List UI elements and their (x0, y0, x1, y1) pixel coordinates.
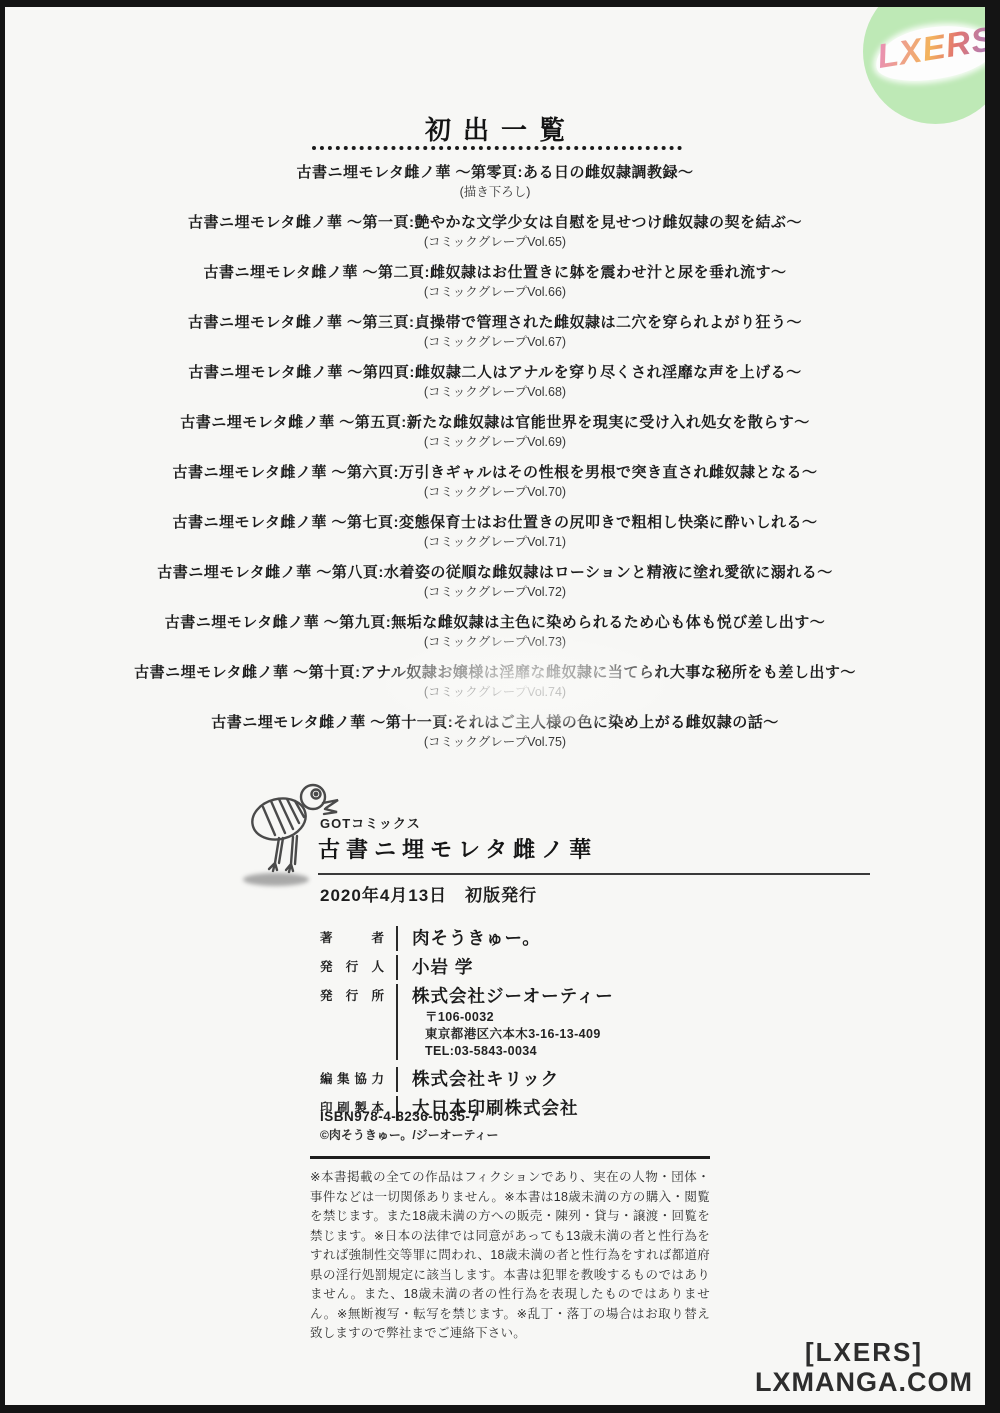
entry-source: (コミックグレープVol.69) (5, 434, 985, 451)
entry-title: 古書ニ埋モレタ雌ノ華 〜第十一頁:それはご主人様の色に染め上がる雌奴隷の話〜 (5, 713, 985, 732)
first-publication-list: 古書ニ埋モレタ雌ノ華 〜第零頁:ある日の雌奴隷調教録〜(描き下ろし)古書ニ埋モレ… (5, 163, 985, 763)
entry-source: (コミックグレープVol.70) (5, 484, 985, 501)
entry-source: (コミックグレープVol.68) (5, 384, 985, 401)
frame-bottom (0, 1405, 1000, 1413)
entry-source: (コミックグレープVol.75) (5, 734, 985, 751)
credit-label: 発行人 (320, 955, 384, 980)
credit-value: 株式会社ジーオーティー (412, 984, 614, 1009)
site-watermark-line2: LXMANGA.COM (755, 1367, 973, 1397)
lxers-logo: LXERS (863, 7, 985, 124)
credit-row: 発行人小岩 学 (320, 955, 880, 980)
site-watermark-line1: [LXERS] (755, 1337, 973, 1367)
credit-detail-line: TEL:03-5843-0034 (412, 1043, 614, 1060)
entry-source: (描き下ろし) (5, 184, 985, 201)
scanned-colophon-page: LXERS 初出一覧 古書ニ埋モレタ雌ノ華 〜第零頁:ある日の雌奴隷調教録〜(描… (5, 7, 985, 1405)
list-entry: 古書ニ埋モレタ雌ノ華 〜第十一頁:それはご主人様の色に染め上がる雌奴隷の話〜(コ… (5, 713, 985, 751)
disclaimer-box: ※本書掲載の全ての作品はフィクションであり、実在の人物・団体・事件などは一切関係… (310, 1156, 710, 1344)
entry-title: 古書ニ埋モレタ雌ノ華 〜第三頁:貞操帯で管理された雌奴隷は二穴を穿られよがり狂う… (5, 313, 985, 332)
entry-source: (コミックグレープVol.74) (5, 684, 985, 701)
frame-right (985, 0, 1000, 1413)
entry-title: 古書ニ埋モレタ雌ノ華 〜第十頁:アナル奴隷お嬢様は淫靡な雌奴隷に当てられ大事な秘… (5, 663, 985, 682)
entry-source: (コミックグレープVol.73) (5, 634, 985, 651)
copyright-line: ©肉そうきゅー。/ジーオーティー (320, 1126, 499, 1144)
credit-label: 発行所 (320, 984, 384, 1060)
credit-label: 著者 (320, 926, 384, 951)
entry-source: (コミックグレープVol.67) (5, 334, 985, 351)
credit-values: 株式会社キリック (396, 1067, 559, 1092)
credits-table: 著者肉そうきゅー。発行人小岩 学発行所株式会社ジーオーティー〒106-0032東… (320, 926, 880, 1125)
entry-title: 古書ニ埋モレタ雌ノ華 〜第五頁:新たな雌奴隷は官能世界を現実に受け入れ処女を散ら… (5, 413, 985, 432)
entry-source: (コミックグレープVol.71) (5, 534, 985, 551)
frame-left (0, 0, 5, 1413)
list-entry: 古書ニ埋モレタ雌ノ華 〜第一頁:艶やかな文学少女は自慰を見せつけ雌奴隷の契を結ぶ… (5, 213, 985, 251)
entry-title: 古書ニ埋モレタ雌ノ華 〜第九頁:無垢な雌奴隷は主色に染められるため心も体も悦び差… (5, 613, 985, 632)
frame-top (0, 0, 1000, 7)
credit-values: 小岩 学 (396, 955, 473, 980)
credit-value: 株式会社キリック (412, 1067, 559, 1092)
list-entry: 古書ニ埋モレタ雌ノ華 〜第八頁:水着姿の従順な雌奴隷はローションと精液に塗れ愛欲… (5, 563, 985, 601)
list-entry: 古書ニ埋モレタ雌ノ華 〜第九頁:無垢な雌奴隷は主色に染められるため心も体も悦び差… (5, 613, 985, 651)
entry-source: (コミックグレープVol.65) (5, 234, 985, 251)
list-entry: 古書ニ埋モレタ雌ノ華 〜第四頁:雌奴隷二人はアナルを穿り尽くされ淫靡な声を上げる… (5, 363, 985, 401)
site-watermark: [LXERS] LXMANGA.COM (755, 1337, 973, 1397)
credit-row: 著者肉そうきゅー。 (320, 926, 880, 951)
list-entry: 古書ニ埋モレタ雌ノ華 〜第三頁:貞操帯で管理された雌奴隷は二穴を穿られよがり狂う… (5, 313, 985, 351)
dotted-divider (312, 146, 682, 150)
entry-source: (コミックグレープVol.66) (5, 284, 985, 301)
entry-title: 古書ニ埋モレタ雌ノ華 〜第八頁:水着姿の従順な雌奴隷はローションと精液に塗れ愛欲… (5, 563, 985, 582)
entry-title: 古書ニ埋モレタ雌ノ華 〜第六頁:万引きギャルはその性根を男根で突き直され雌奴隷と… (5, 463, 985, 482)
entry-title: 古書ニ埋モレタ雌ノ華 〜第七頁:変態保育士はお仕置きの尻叩きで粗相し快楽に酔いし… (5, 513, 985, 532)
list-entry: 古書ニ埋モレタ雌ノ華 〜第二頁:雌奴隷はお仕置きに躰を震わせ汁と尿を垂れ流す〜(… (5, 263, 985, 301)
credit-label: 編集協力 (320, 1067, 384, 1092)
credit-row: 発行所株式会社ジーオーティー〒106-0032東京都港区六本木3-16-13-4… (320, 984, 880, 1060)
list-entry: 古書ニ埋モレタ雌ノ華 〜第十頁:アナル奴隷お嬢様は淫靡な雌奴隷に当てられ大事な秘… (5, 663, 985, 701)
edition-date: 2020年4月13日 初版発行 (320, 881, 537, 906)
list-entry: 古書ニ埋モレタ雌ノ華 〜第七頁:変態保育士はお仕置きの尻叩きで粗相し快楽に酔いし… (5, 513, 985, 551)
page-title: 初出一覧 (5, 110, 985, 147)
entry-title: 古書ニ埋モレタ雌ノ華 〜第四頁:雌奴隷二人はアナルを穿り尽くされ淫靡な声を上げる… (5, 363, 985, 382)
entry-title: 古書ニ埋モレタ雌ノ華 〜第零頁:ある日の雌奴隷調教録〜 (5, 163, 985, 182)
list-entry: 古書ニ埋モレタ雌ノ華 〜第五頁:新たな雌奴隷は官能世界を現実に受け入れ処女を散ら… (5, 413, 985, 451)
credit-detail-line: 〒106-0032 (412, 1009, 614, 1026)
entry-title: 古書ニ埋モレタ雌ノ華 〜第一頁:艶やかな文学少女は自慰を見せつけ雌奴隷の契を結ぶ… (5, 213, 985, 232)
credit-row: 編集協力株式会社キリック (320, 1067, 880, 1092)
disclaimer-text: ※本書掲載の全ての作品はフィクションであり、実在の人物・団体・事件などは一切関係… (310, 1168, 710, 1344)
credit-values: 株式会社ジーオーティー〒106-0032東京都港区六本木3-16-13-409T… (396, 984, 614, 1060)
list-entry: 古書ニ埋モレタ雌ノ華 〜第六頁:万引きギャルはその性根を男根で突き直され雌奴隷と… (5, 463, 985, 501)
imprint-label: GOTコミックス (320, 813, 421, 832)
credit-value: 肉そうきゅー。 (412, 926, 541, 951)
list-entry: 古書ニ埋モレタ雌ノ華 〜第零頁:ある日の雌奴隷調教録〜(描き下ろし) (5, 163, 985, 201)
isbn-number: ISBN978-4-8236-0035-7 (320, 1107, 499, 1126)
book-title: 古書ニ埋モレタ雌ノ華 (318, 833, 870, 875)
credit-value: 小岩 学 (412, 955, 473, 980)
entry-source: (コミックグレープVol.72) (5, 584, 985, 601)
credit-values: 肉そうきゅー。 (396, 926, 541, 951)
entry-title: 古書ニ埋モレタ雌ノ華 〜第二頁:雌奴隷はお仕置きに躰を震わせ汁と尿を垂れ流す〜 (5, 263, 985, 282)
isbn-block: ISBN978-4-8236-0035-7 ©肉そうきゅー。/ジーオーティー (320, 1107, 499, 1144)
credit-detail-line: 東京都港区六本木3-16-13-409 (412, 1026, 614, 1043)
